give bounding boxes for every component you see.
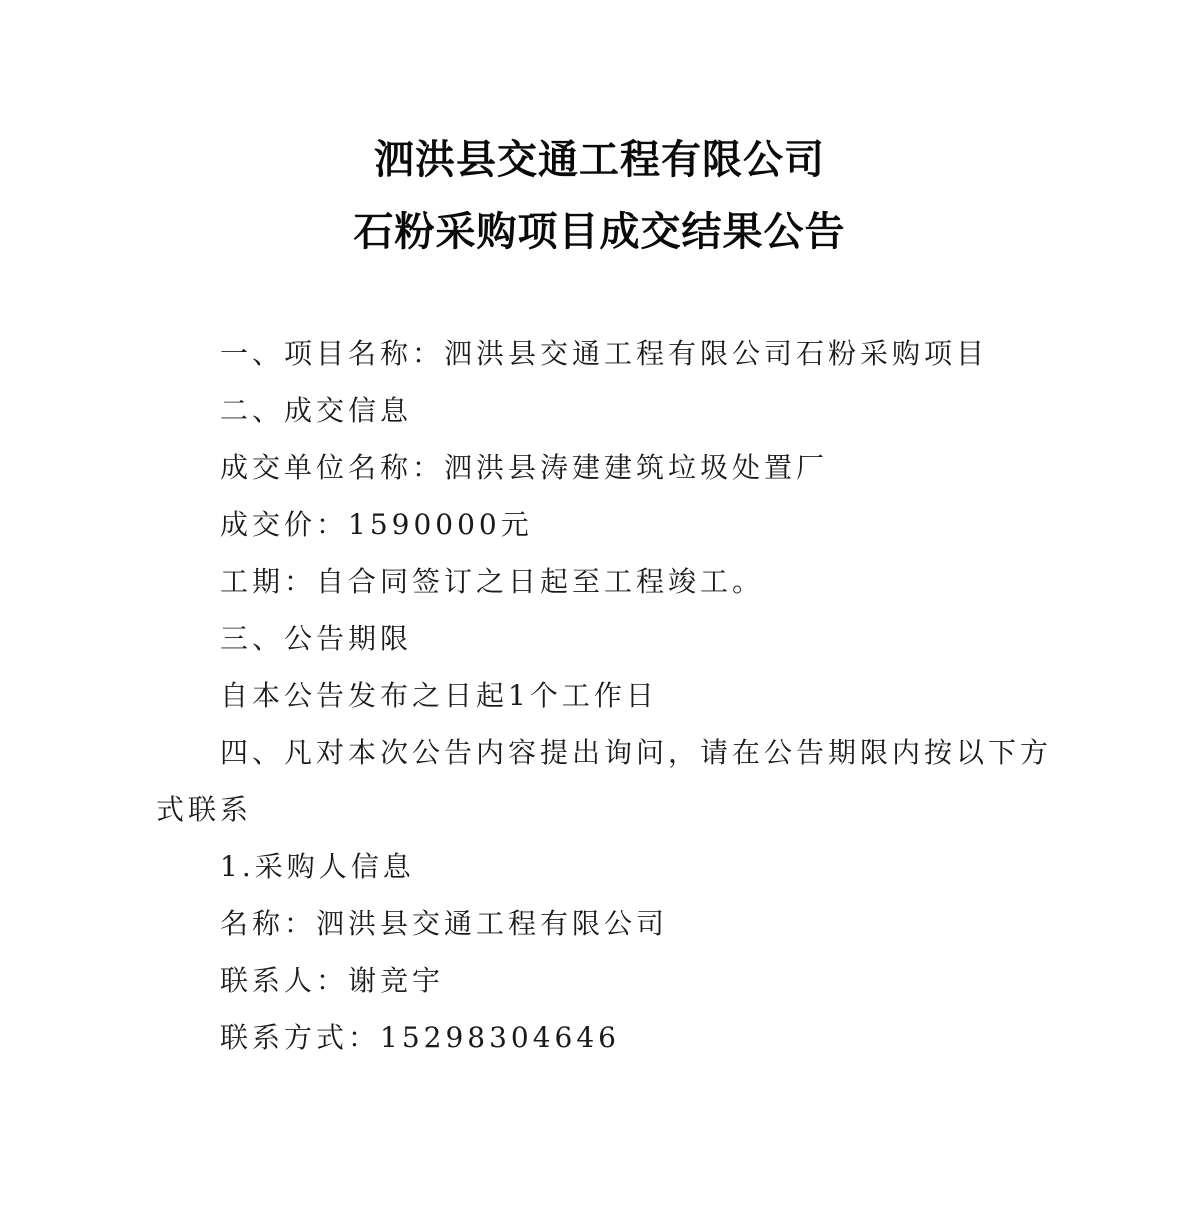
deal-price-line: 成交价：1590000元: [220, 503, 533, 543]
section-notice-period-heading: 三、公告期限: [220, 617, 412, 657]
purchaser-info-heading: 1.采购人信息: [220, 845, 415, 885]
construction-period-line: 工期：自合同签订之日起至工程竣工。: [220, 560, 764, 600]
section-deal-info-heading: 二、成交信息: [220, 389, 412, 429]
contact-person-line: 联系人：谢竞宇: [220, 959, 444, 999]
contact-phone-line: 联系方式：15298304646: [220, 1016, 620, 1056]
document-title-line-1: 泗洪县交通工程有限公司: [0, 128, 1199, 185]
winning-bidder-line: 成交单位名称：泗洪县涛建建筑垃圾处置厂: [220, 446, 828, 486]
project-name-line: 一、项目名称：泗洪县交通工程有限公司石粉采购项目: [220, 332, 988, 372]
purchaser-name-line: 名称：泗洪县交通工程有限公司: [220, 902, 668, 942]
document-title-line-2: 石粉采购项目成交结果公告: [0, 200, 1199, 257]
section-inquiry-line: 四、凡对本次公告内容提出询问，请在公告期限内按以下方: [220, 731, 1052, 771]
notice-period-line: 自本公告发布之日起1个工作日: [220, 674, 658, 714]
section-inquiry-line-continued: 式联系: [156, 788, 252, 828]
